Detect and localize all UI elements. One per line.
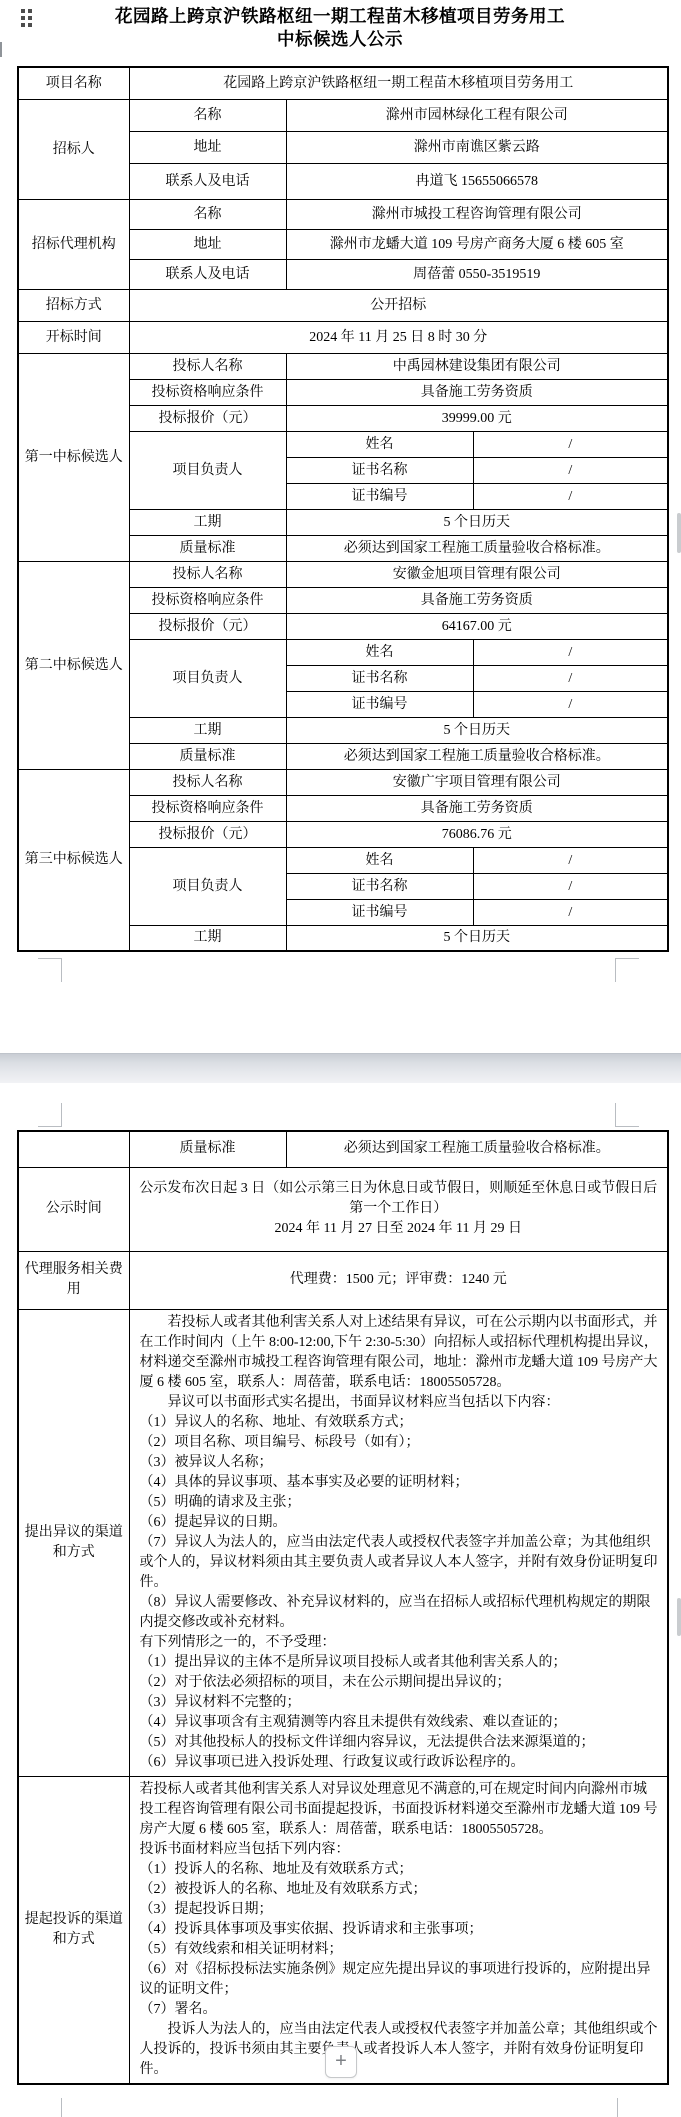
field-label: 证书编号 <box>286 691 473 717</box>
plus-icon: + <box>335 2050 347 2072</box>
row-group-label: 第三中标候选人 <box>18 769 129 951</box>
field-value: 5 个日历天 <box>286 509 668 535</box>
field-label: 提起投诉的渠道和方式 <box>18 1776 129 2084</box>
field-label: 质量标准 <box>129 535 286 561</box>
page-separator-band <box>0 1053 681 1083</box>
field-value: 具备施工劳务资质 <box>286 587 668 613</box>
field-value: 安徽金旭项目管理有限公司 <box>286 561 668 587</box>
field-label: 项目名称 <box>18 67 129 99</box>
field-value: 必须达到国家工程施工质量验收合格标准。 <box>286 743 668 769</box>
field-value: 若投标人或者其他利害关系人对上述结果有异议，可在公示期内以书面形式，并在工作时间… <box>129 1309 668 1776</box>
field-value: 64167.00 元 <box>286 613 668 639</box>
field-label: 证书名称 <box>286 665 473 691</box>
field-label: 证书编号 <box>286 483 473 509</box>
field-value: 冉道飞 15655066578 <box>286 163 668 199</box>
field-value: 投标人名称 <box>129 561 286 587</box>
field-label: 工期 <box>129 925 286 951</box>
field-label: 招标方式 <box>18 289 129 321</box>
field-label: 投标报价（元） <box>129 613 286 639</box>
field-label: 证书编号 <box>286 899 473 925</box>
row-group-label: 项目负责人 <box>129 639 286 717</box>
field-label: 证书名称 <box>286 873 473 899</box>
field-value: 5 个日历天 <box>286 717 668 743</box>
field-label: 开标时间 <box>18 321 129 353</box>
margin-tick <box>0 42 2 57</box>
field-value: 公示发布次日起 3 日（如公示第三日为休息日或节假日，则顺延至休息日或节假日后第… <box>129 1167 668 1251</box>
field-value: 安徽广宇项目管理有限公司 <box>286 769 668 795</box>
field-value: 中禹园林建设集团有限公司 <box>286 353 668 379</box>
field-value: 名称 <box>129 99 286 131</box>
page2-top-left-crop-mark <box>38 1103 62 1127</box>
field-value: 必须达到国家工程施工质量验收合格标准。 <box>286 535 668 561</box>
field-label: 投标资格响应条件 <box>129 379 286 405</box>
field-label: 联系人及电话 <box>129 163 286 199</box>
bid-announcement-table-page1: 项目名称花园路上跨京沪铁路枢纽一期工程苗木移植项目劳务用工招标人名称滁州市园林绿… <box>17 66 669 952</box>
field-value: 2024 年 11 月 25 日 8 时 30 分 <box>129 321 668 353</box>
field-label: 地址 <box>129 131 286 163</box>
field-value: 必须达到国家工程施工质量验收合格标准。 <box>286 1131 668 1167</box>
field-value: / <box>473 899 668 925</box>
field-value: 质量标准 <box>129 1131 286 1167</box>
field-value: 名称 <box>129 199 286 229</box>
field-label: 地址 <box>129 229 286 259</box>
field-label: 代理服务相关费用 <box>18 1251 129 1309</box>
field-value: / <box>473 665 668 691</box>
row-group-label: 第二中标候选人 <box>18 561 129 769</box>
page-title: 花园路上跨京沪铁路枢纽一期工程苗木移植项目劳务用工 中标候选人公示 <box>40 5 640 51</box>
field-label: 工期 <box>129 509 286 535</box>
field-label: 公示时间 <box>18 1167 129 1251</box>
page-title-line2: 中标候选人公示 <box>40 28 640 51</box>
page-title-line1: 花园路上跨京沪铁路枢纽一期工程苗木移植项目劳务用工 <box>40 5 640 28</box>
row-group-label: 招标人 <box>18 99 129 199</box>
row-group-label: 第一中标候选人 <box>18 353 129 561</box>
field-value: 76086.76 元 <box>286 821 668 847</box>
row-group-label: 项目负责人 <box>129 431 286 509</box>
scrollbar-thumb[interactable] <box>677 1598 681 1636</box>
field-value: 若投标人或者其他利害关系人对异议处理意见不满意的,可在规定时间内向滁州市城投工程… <box>129 1776 668 2084</box>
field-value: 39999.00 元 <box>286 405 668 431</box>
page2-bottom-left-crop-mark <box>61 2098 62 2117</box>
field-value: 姓名 <box>286 431 473 457</box>
field-value: 5 个日历天 <box>286 925 668 951</box>
field-value: / <box>473 873 668 899</box>
field-value: 滁州市南谯区紫云路 <box>286 131 668 163</box>
field-value: / <box>473 639 668 665</box>
field-value: 公开招标 <box>129 289 668 321</box>
field-value: 代理费：1500 元；评审费：1240 元 <box>129 1251 668 1309</box>
field-label: 投标资格响应条件 <box>129 795 286 821</box>
page2-top-right-crop-mark <box>615 1103 639 1127</box>
field-label: 提出异议的渠道和方式 <box>18 1309 129 1776</box>
field-value: 花园路上跨京沪铁路枢纽一期工程苗木移植项目劳务用工 <box>129 67 668 99</box>
field-value: 滁州市龙蟠大道 109 号房产商务大厦 6 楼 605 室 <box>286 229 668 259</box>
field-value: 滁州市城投工程咨询管理有限公司 <box>286 199 668 229</box>
scrollbar-thumb[interactable] <box>677 513 681 553</box>
document-page: 花园路上跨京沪铁路枢纽一期工程苗木移植项目劳务用工 中标候选人公示 项目名称花园… <box>0 0 681 2117</box>
field-value: 投标人名称 <box>129 353 286 379</box>
field-value: 投标人名称 <box>129 769 286 795</box>
field-label: 质量标准 <box>129 743 286 769</box>
row-group-label: 项目负责人 <box>129 847 286 925</box>
field-value: / <box>473 483 668 509</box>
field-value: 姓名 <box>286 639 473 665</box>
field-label: 投标报价（元） <box>129 821 286 847</box>
field-label: 投标资格响应条件 <box>129 587 286 613</box>
field-value: / <box>473 691 668 717</box>
drag-handle-icon[interactable] <box>21 9 35 29</box>
page1-bottom-left-crop-mark <box>38 958 62 982</box>
field-value: 具备施工劳务资质 <box>286 795 668 821</box>
field-value: / <box>473 431 668 457</box>
add-button[interactable]: + <box>325 2046 357 2078</box>
page1-bottom-right-crop-mark <box>615 958 639 982</box>
field-value: / <box>473 847 668 873</box>
bid-announcement-table-page2: 质量标准必须达到国家工程施工质量验收合格标准。公示时间公示发布次日起 3 日（如… <box>17 1130 669 2085</box>
page2-bottom-right-crop-mark <box>617 2098 618 2117</box>
field-label: 联系人及电话 <box>129 259 286 289</box>
field-label <box>18 1131 129 1167</box>
field-value: 姓名 <box>286 847 473 873</box>
field-label: 证书名称 <box>286 457 473 483</box>
field-label: 工期 <box>129 717 286 743</box>
field-value: 周蓓蕾 0550-3519519 <box>286 259 668 289</box>
row-group-label: 招标代理机构 <box>18 199 129 289</box>
field-value: 滁州市园林绿化工程有限公司 <box>286 99 668 131</box>
field-label: 投标报价（元） <box>129 405 286 431</box>
field-value: 具备施工劳务资质 <box>286 379 668 405</box>
field-value: / <box>473 457 668 483</box>
